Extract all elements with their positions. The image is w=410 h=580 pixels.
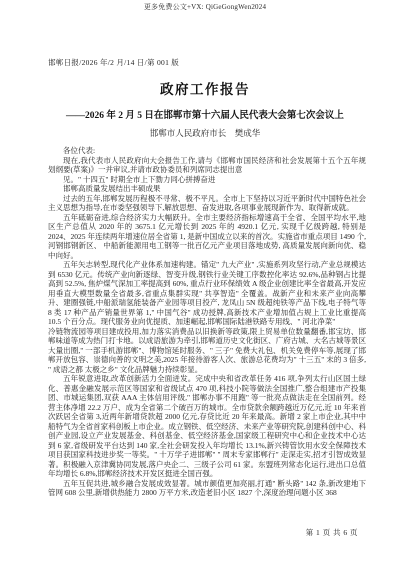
body-paragraph: 邯郸高质量发展结出丰硕成果 bbox=[48, 184, 366, 194]
report-subtitle: ——2026 年 2 月 5 日在邯郸市第十六届人民代表大会第七次会议上 bbox=[0, 107, 410, 121]
report-author-line: 邯郸市人民政府市长 樊成华 bbox=[0, 127, 410, 139]
body-paragraph: 各位代表: bbox=[48, 146, 366, 156]
document-page: 更多免费公文+VX: QiGeGongWen2024 邯郸日报/2026 年/2… bbox=[0, 0, 410, 580]
page-number-indicator: 第 1 页 共 6 页 bbox=[306, 527, 358, 538]
body-paragraph: 冷链物流园等项目建成投用,加力落实消费品以旧换新等政策,限上贸易单位数量翻番,邯… bbox=[48, 327, 366, 375]
body-paragraph: 现在,我代表市人民政府向大会报告工作,请与《邯郸市国民经济和社会发展第十五个五年… bbox=[48, 156, 366, 175]
watermark-text: 更多免费公文+VX: QiGeGongWen2024 bbox=[0, 2, 410, 12]
newspaper-source-line: 邯郸日报/2026 年/2 月/14 日/第 001 版 bbox=[48, 57, 179, 68]
body-paragraph: 过去的五年,邯郸发展历程极不寻常、极不平凡。全市上下坚持以习近平新时代中国特色社… bbox=[48, 194, 366, 213]
body-paragraph: 五年锐意进取,改革创新活力全面迸发。完成中央和省改革任务 416 项,争列太行山… bbox=[48, 374, 366, 479]
report-title: 政府工作报告 bbox=[0, 78, 410, 98]
report-body: 各位代表:现在,我代表市人民政府向大会报告工作,请与《邯郸市国民经济和社会发展第… bbox=[48, 146, 366, 498]
body-paragraph: 五年砥砺奋进,综合经济实力大幅跃升。全市主要经济指标增速高于全省、全国平均水平,… bbox=[48, 213, 366, 261]
body-paragraph: 五年矢志转型,现代化产业体系加速构建。锚定" 九大产业" ,实施系列攻坚行动,产… bbox=[48, 260, 366, 327]
body-paragraph: 见。" 十四五" 时期全市上下勠力同心拼搏奋进 bbox=[48, 175, 366, 185]
body-paragraph: 五年互促共进,城乡融合发展成效显著。城市颜值更加亮丽,打通" 断头路" 142 … bbox=[48, 479, 366, 498]
